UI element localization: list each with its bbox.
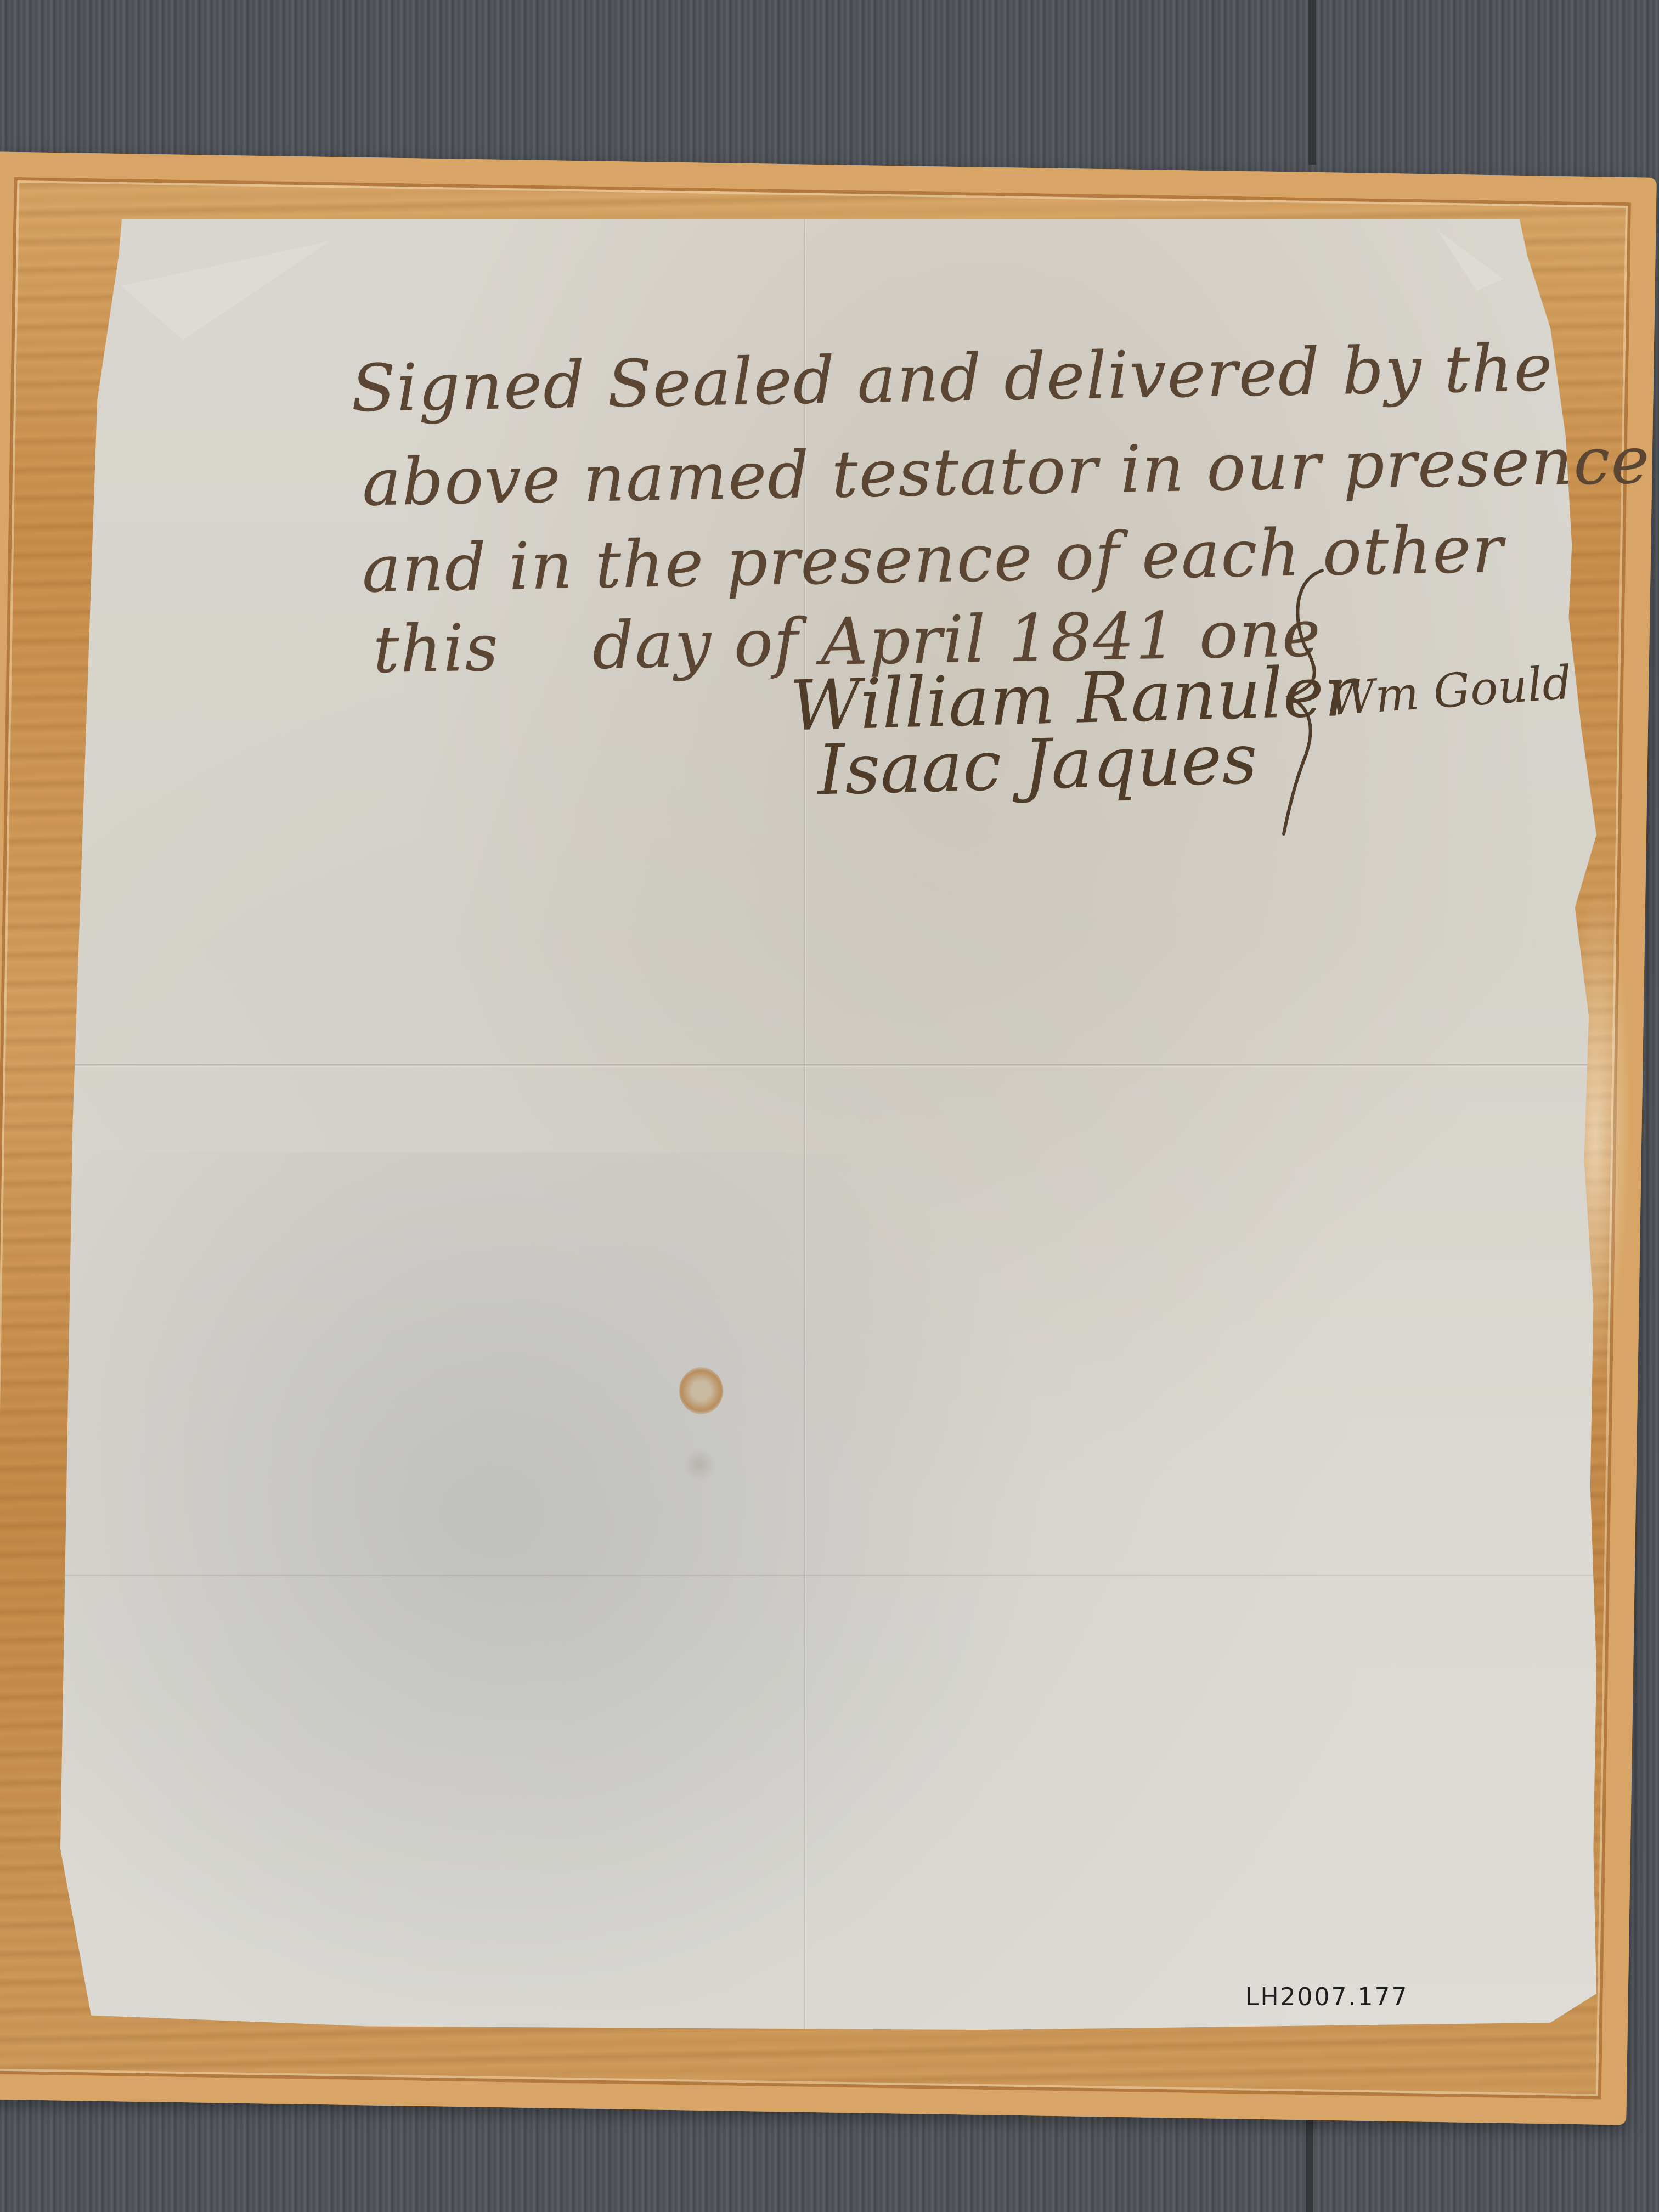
ink-stain <box>679 1367 723 1414</box>
witness-signature-2: Isaac Jaques <box>816 719 1259 811</box>
horizontal-fold-crease <box>60 1064 1596 1067</box>
attestation-this: this <box>373 610 500 687</box>
accession-number-label: LH2007.177 <box>1245 1983 1409 2011</box>
faint-stain <box>683 1448 716 1481</box>
signature-brace-icon <box>1256 565 1333 839</box>
blank-day-space <box>500 668 593 670</box>
fabric-seam <box>1308 0 1316 165</box>
photographer-shadow <box>60 1152 1103 2057</box>
